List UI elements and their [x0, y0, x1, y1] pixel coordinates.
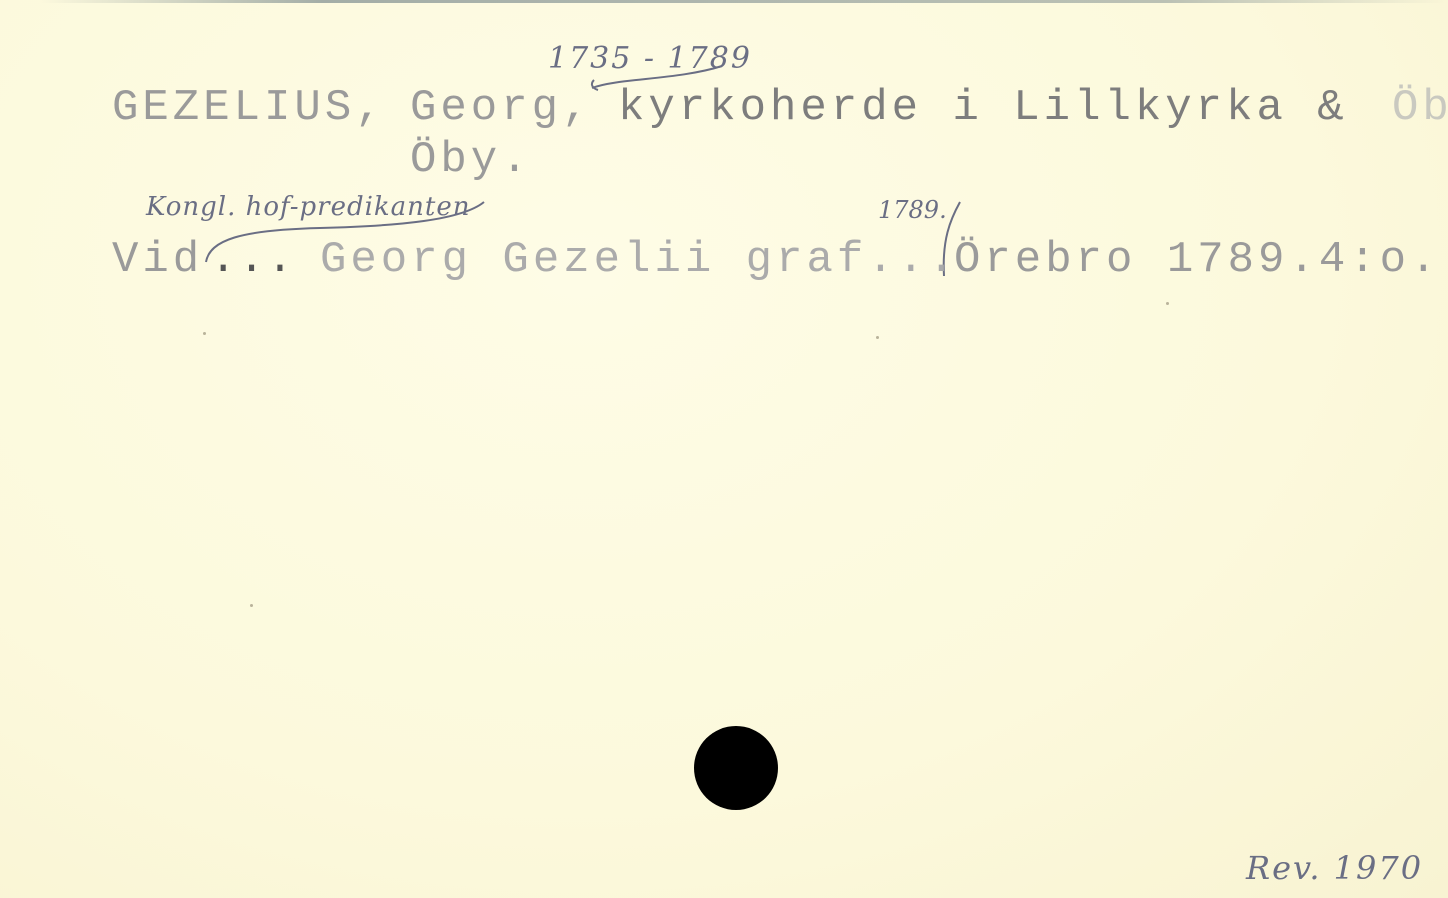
paper-speck	[1166, 302, 1169, 305]
entry-imprint: Örebro 1789.4:o.	[954, 238, 1440, 282]
heading-surname: GEZELIUS,	[112, 86, 386, 130]
heading-given-name: Georg,	[410, 86, 592, 130]
heading-continuation: Öby.	[410, 138, 532, 182]
paper-speck	[876, 336, 879, 339]
heading-title: kyrkoherde i Lillkyrka &	[618, 86, 1348, 130]
paper-speck	[250, 604, 253, 607]
catalog-card: 1735 - 1789 GEZELIUS, Georg, kyrkoherde …	[0, 0, 1448, 898]
heading-cutoff-text: Öb	[1392, 86, 1448, 130]
punch-hole-icon	[694, 726, 778, 810]
entry-ellipsis: ...	[210, 238, 295, 282]
revision-note: Rev. 1970	[1246, 852, 1423, 884]
entry-prefix: Vid	[112, 238, 203, 282]
paper-speck	[203, 332, 206, 335]
entry-title: Georg Gezelii graf...	[320, 238, 959, 282]
card-top-edge	[40, 0, 1448, 3]
